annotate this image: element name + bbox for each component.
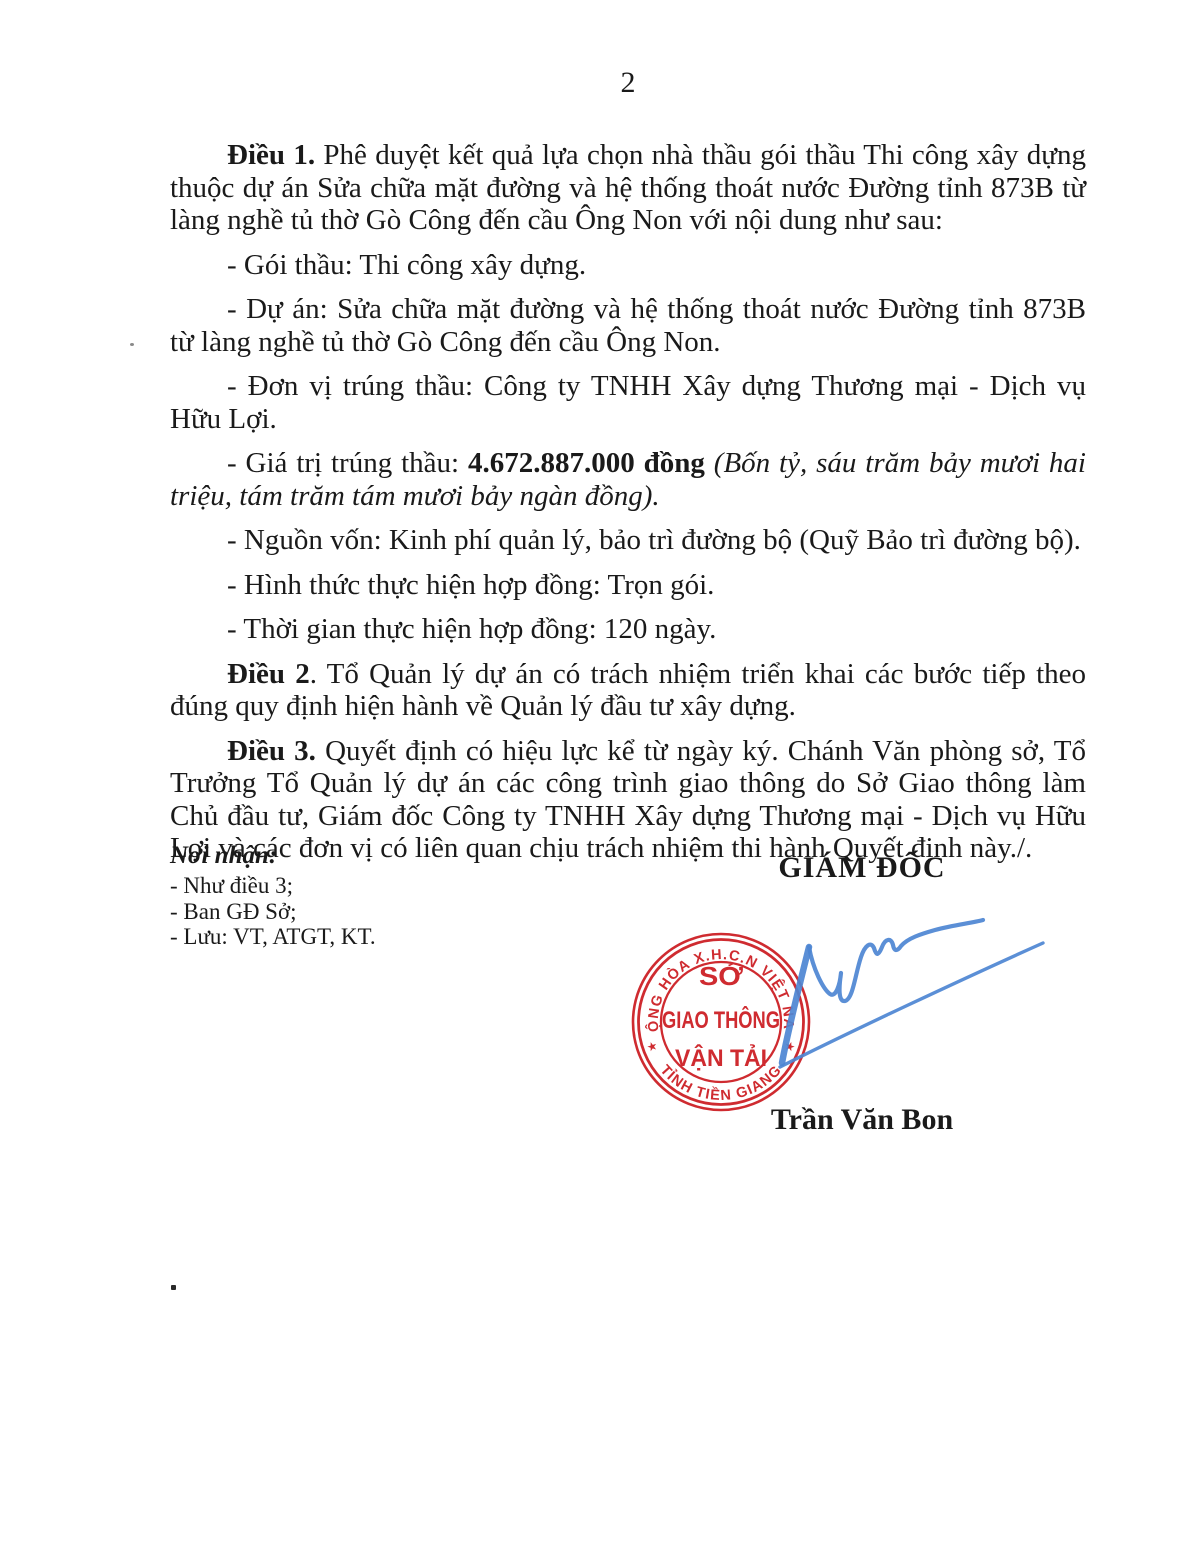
paragraph: - Thời gian thực hiện hợp đồng: 120 ngày…: [170, 613, 1086, 646]
text-run: - Gói thầu: Thi công xây dựng.: [227, 249, 586, 281]
text-run: - Giá trị trúng thầu:: [227, 447, 468, 479]
paragraph: Điều 1. Phê duyệt kết quả lựa chọn nhà t…: [170, 139, 1086, 237]
recipient-line: - Như điều 3;: [170, 873, 490, 899]
stray-dot: [130, 343, 134, 346]
document-body: Điều 1. Phê duyệt kết quả lựa chọn nhà t…: [170, 139, 1086, 877]
recipient-line: - Lưu: VT, ATGT, KT.: [170, 924, 490, 950]
paragraph: - Hình thức thực hiện hợp đồng: Trọn gói…: [170, 569, 1086, 602]
text-run: - Đơn vị trúng thầu: Công ty TNHH Xây dự…: [170, 370, 1086, 435]
paragraph: - Giá trị trúng thầu: 4.672.887.000 đồng…: [170, 447, 1086, 512]
text-run: [705, 447, 714, 479]
document-page: 2 Điều 1. Phê duyệt kết quả lựa chọn nhà…: [0, 0, 1200, 1566]
stray-dot: [171, 1285, 176, 1290]
paragraph: - Gói thầu: Thi công xây dựng.: [170, 249, 1086, 282]
paragraph: - Nguồn vốn: Kinh phí quản lý, bảo trì đ…: [170, 524, 1086, 557]
text-run: - Thời gian thực hiện hợp đồng: 120 ngày…: [227, 613, 716, 645]
signature-ink: [735, 885, 1155, 1095]
paragraph: - Đơn vị trúng thầu: Công ty TNHH Xây dự…: [170, 370, 1086, 435]
text-run: Điều 2: [227, 658, 310, 690]
paragraph: Điều 2. Tổ Quản lý dự án có trách nhiệm …: [170, 658, 1086, 723]
text-run: - Nguồn vốn: Kinh phí quản lý, bảo trì đ…: [227, 524, 1081, 556]
page-number: 2: [170, 66, 1086, 100]
text-run: - Dự án: Sửa chữa mặt đường và hệ thống …: [170, 293, 1086, 358]
text-run: Điều 1.: [227, 139, 315, 171]
signature-stroke: [782, 947, 809, 1063]
recipient-line: - Ban GĐ Sở;: [170, 899, 490, 925]
paragraph: - Dự án: Sửa chữa mặt đường và hệ thống …: [170, 293, 1086, 358]
text-run: Điều 3.: [227, 735, 316, 767]
signature-stroke: [780, 943, 1043, 1067]
text-run: 4.672.887.000 đồng: [468, 447, 705, 479]
text-run: - Hình thức thực hiện hợp đồng: Trọn gói…: [227, 569, 714, 601]
recipients-block: Nơi nhận: - Như điều 3; - Ban GĐ Sở; - L…: [170, 842, 490, 950]
signer-title: GIÁM ĐỐC: [630, 851, 1094, 885]
signature-stroke: [809, 920, 983, 1001]
recipients-title: Nơi nhận:: [170, 842, 490, 870]
stamp-star-left-icon: ★: [645, 1038, 660, 1055]
